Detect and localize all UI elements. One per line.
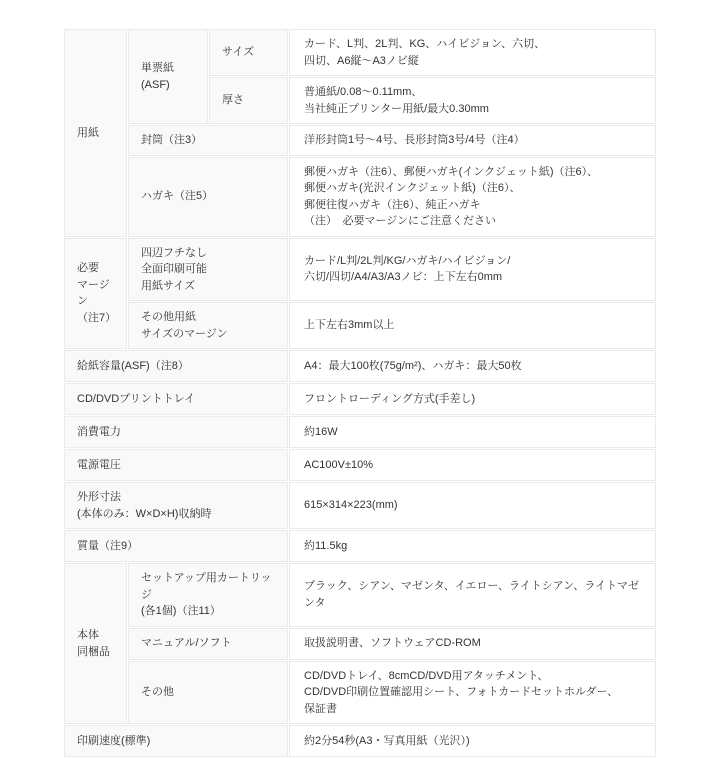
spec-label-voltage: 電源電圧	[64, 449, 288, 481]
spec-value-size: カード、L判、2L判、KG、ハイビジョン、六切、 四切、A6縦〜A3ノビ縦	[289, 29, 656, 76]
spec-value-cd-tray: フロントローディング方式(手差し)	[289, 383, 656, 415]
spec-value-other-items: CD/DVDトレイ、8cmCD/DVD用アタッチメント、 CD/DVD印刷位置確…	[289, 661, 656, 721]
table-row: マニュアル/ソフト 取扱説明書、ソフトウェアCD-ROM	[64, 628, 656, 660]
table-row: 外形寸法 (本体のみ：W×D×H)収納時 615×314×223(mm)	[64, 482, 656, 529]
spec-value-capacity: A4：最大100枚(75g/m²)、ハガキ：最大50枚	[289, 350, 656, 382]
table-row: 消費電力 約16W	[64, 416, 656, 448]
spec-value-voltage: AC100V±10%	[289, 449, 656, 481]
spec-group-margin: 必要 マージン （注7）	[64, 238, 127, 350]
spec-label-capacity: 給紙容量(ASF)（注8）	[64, 350, 288, 382]
spec-label-dimensions: 外形寸法 (本体のみ：W×D×H)収納時	[64, 482, 288, 529]
spec-value-power-consumption: 約16W	[289, 416, 656, 448]
table-row: その他 CD/DVDトレイ、8cmCD/DVD用アタッチメント、 CD/DVD印…	[64, 661, 656, 721]
spec-group-paper: 用紙	[64, 29, 127, 237]
table-row: 用紙 単票紙 (ASF) サイズ カード、L判、2L判、KG、ハイビジョン、六切…	[64, 29, 656, 76]
spec-label-other-items: その他	[128, 661, 288, 721]
printer-spec-table: 用紙 単票紙 (ASF) サイズ カード、L判、2L判、KG、ハイビジョン、六切…	[63, 28, 657, 720]
spec-value-thickness: 普通紙/0.08〜0.11mm、 当社純正プリンター用紙/最大0.30mm	[289, 77, 656, 124]
table-row: その他用紙 サイズのマージン 上下左右3mm以上	[64, 302, 656, 349]
spec-label-borderless: 四辺フチなし 全面印刷可能 用紙サイズ	[128, 238, 288, 302]
spec-value-envelope: 洋形封筒1号〜4号、長形封筒3号/4号（注4）	[289, 125, 656, 156]
spec-label-thickness: 厚さ	[209, 77, 288, 124]
spec-label-power-consumption: 消費電力	[64, 416, 288, 448]
table-row: 電源電圧 AC100V±10%	[64, 449, 656, 481]
spec-label-manual: マニュアル/ソフト	[128, 628, 288, 660]
table-row: ハガキ（注5） 郵便ハガキ（注6）、郵便ハガキ(インクジェット紙)（注6）、 郵…	[64, 157, 656, 237]
spec-value-other-margin: 上下左右3mm以上	[289, 302, 656, 349]
spec-value-cartridge: ブラック、シアン、マゼンタ、イエロー、ライトシアン、ライトマゼンタ	[289, 563, 656, 627]
spec-value-manual: 取扱説明書、ソフトウェアCD-ROM	[289, 628, 656, 660]
spec-label-cd-tray: CD/DVDプリントトレイ	[64, 383, 288, 415]
spec-label-other-margin: その他用紙 サイズのマージン	[128, 302, 288, 349]
spec-label-size: サイズ	[209, 29, 288, 76]
table-row: 必要 マージン （注7） 四辺フチなし 全面印刷可能 用紙サイズ カード/L判/…	[64, 238, 656, 302]
table-row: 封筒（注3） 洋形封筒1号〜4号、長形封筒3号/4号（注4）	[64, 125, 656, 156]
spec-label-cartridge: セットアップ用カートリッジ (各1個)（注11）	[128, 563, 288, 627]
table-row: 本体 同梱品 セットアップ用カートリッジ (各1個)（注11） ブラック、シアン…	[64, 563, 656, 627]
spec-label-postcard: ハガキ（注5）	[128, 157, 288, 237]
spec-value-borderless: カード/L判/2L判/KG/ハガキ/ハイビジョン/ 六切/四切/A4/A3/A3…	[289, 238, 656, 302]
spec-value-weight: 約11.5kg	[289, 530, 656, 562]
spec-label-weight: 質量（注9）	[64, 530, 288, 562]
table-row: 質量（注9） 約11.5kg	[64, 530, 656, 562]
spec-label-envelope: 封筒（注3）	[128, 125, 288, 156]
table-row: 給紙容量(ASF)（注8） A4：最大100枚(75g/m²)、ハガキ：最大50…	[64, 350, 656, 382]
spec-value-postcard: 郵便ハガキ（注6）、郵便ハガキ(インクジェット紙)（注6）、 郵便ハガキ(光沢イ…	[289, 157, 656, 237]
spec-group-bundle: 本体 同梱品	[64, 563, 127, 720]
spec-value-dimensions: 615×314×223(mm)	[289, 482, 656, 529]
spec-table-container: 用紙 単票紙 (ASF) サイズ カード、L判、2L判、KG、ハイビジョン、六切…	[63, 28, 657, 720]
table-row: CD/DVDプリントトレイ フロントローディング方式(手差し)	[64, 383, 656, 415]
spec-subgroup-cut-sheet: 単票紙 (ASF)	[128, 29, 208, 124]
